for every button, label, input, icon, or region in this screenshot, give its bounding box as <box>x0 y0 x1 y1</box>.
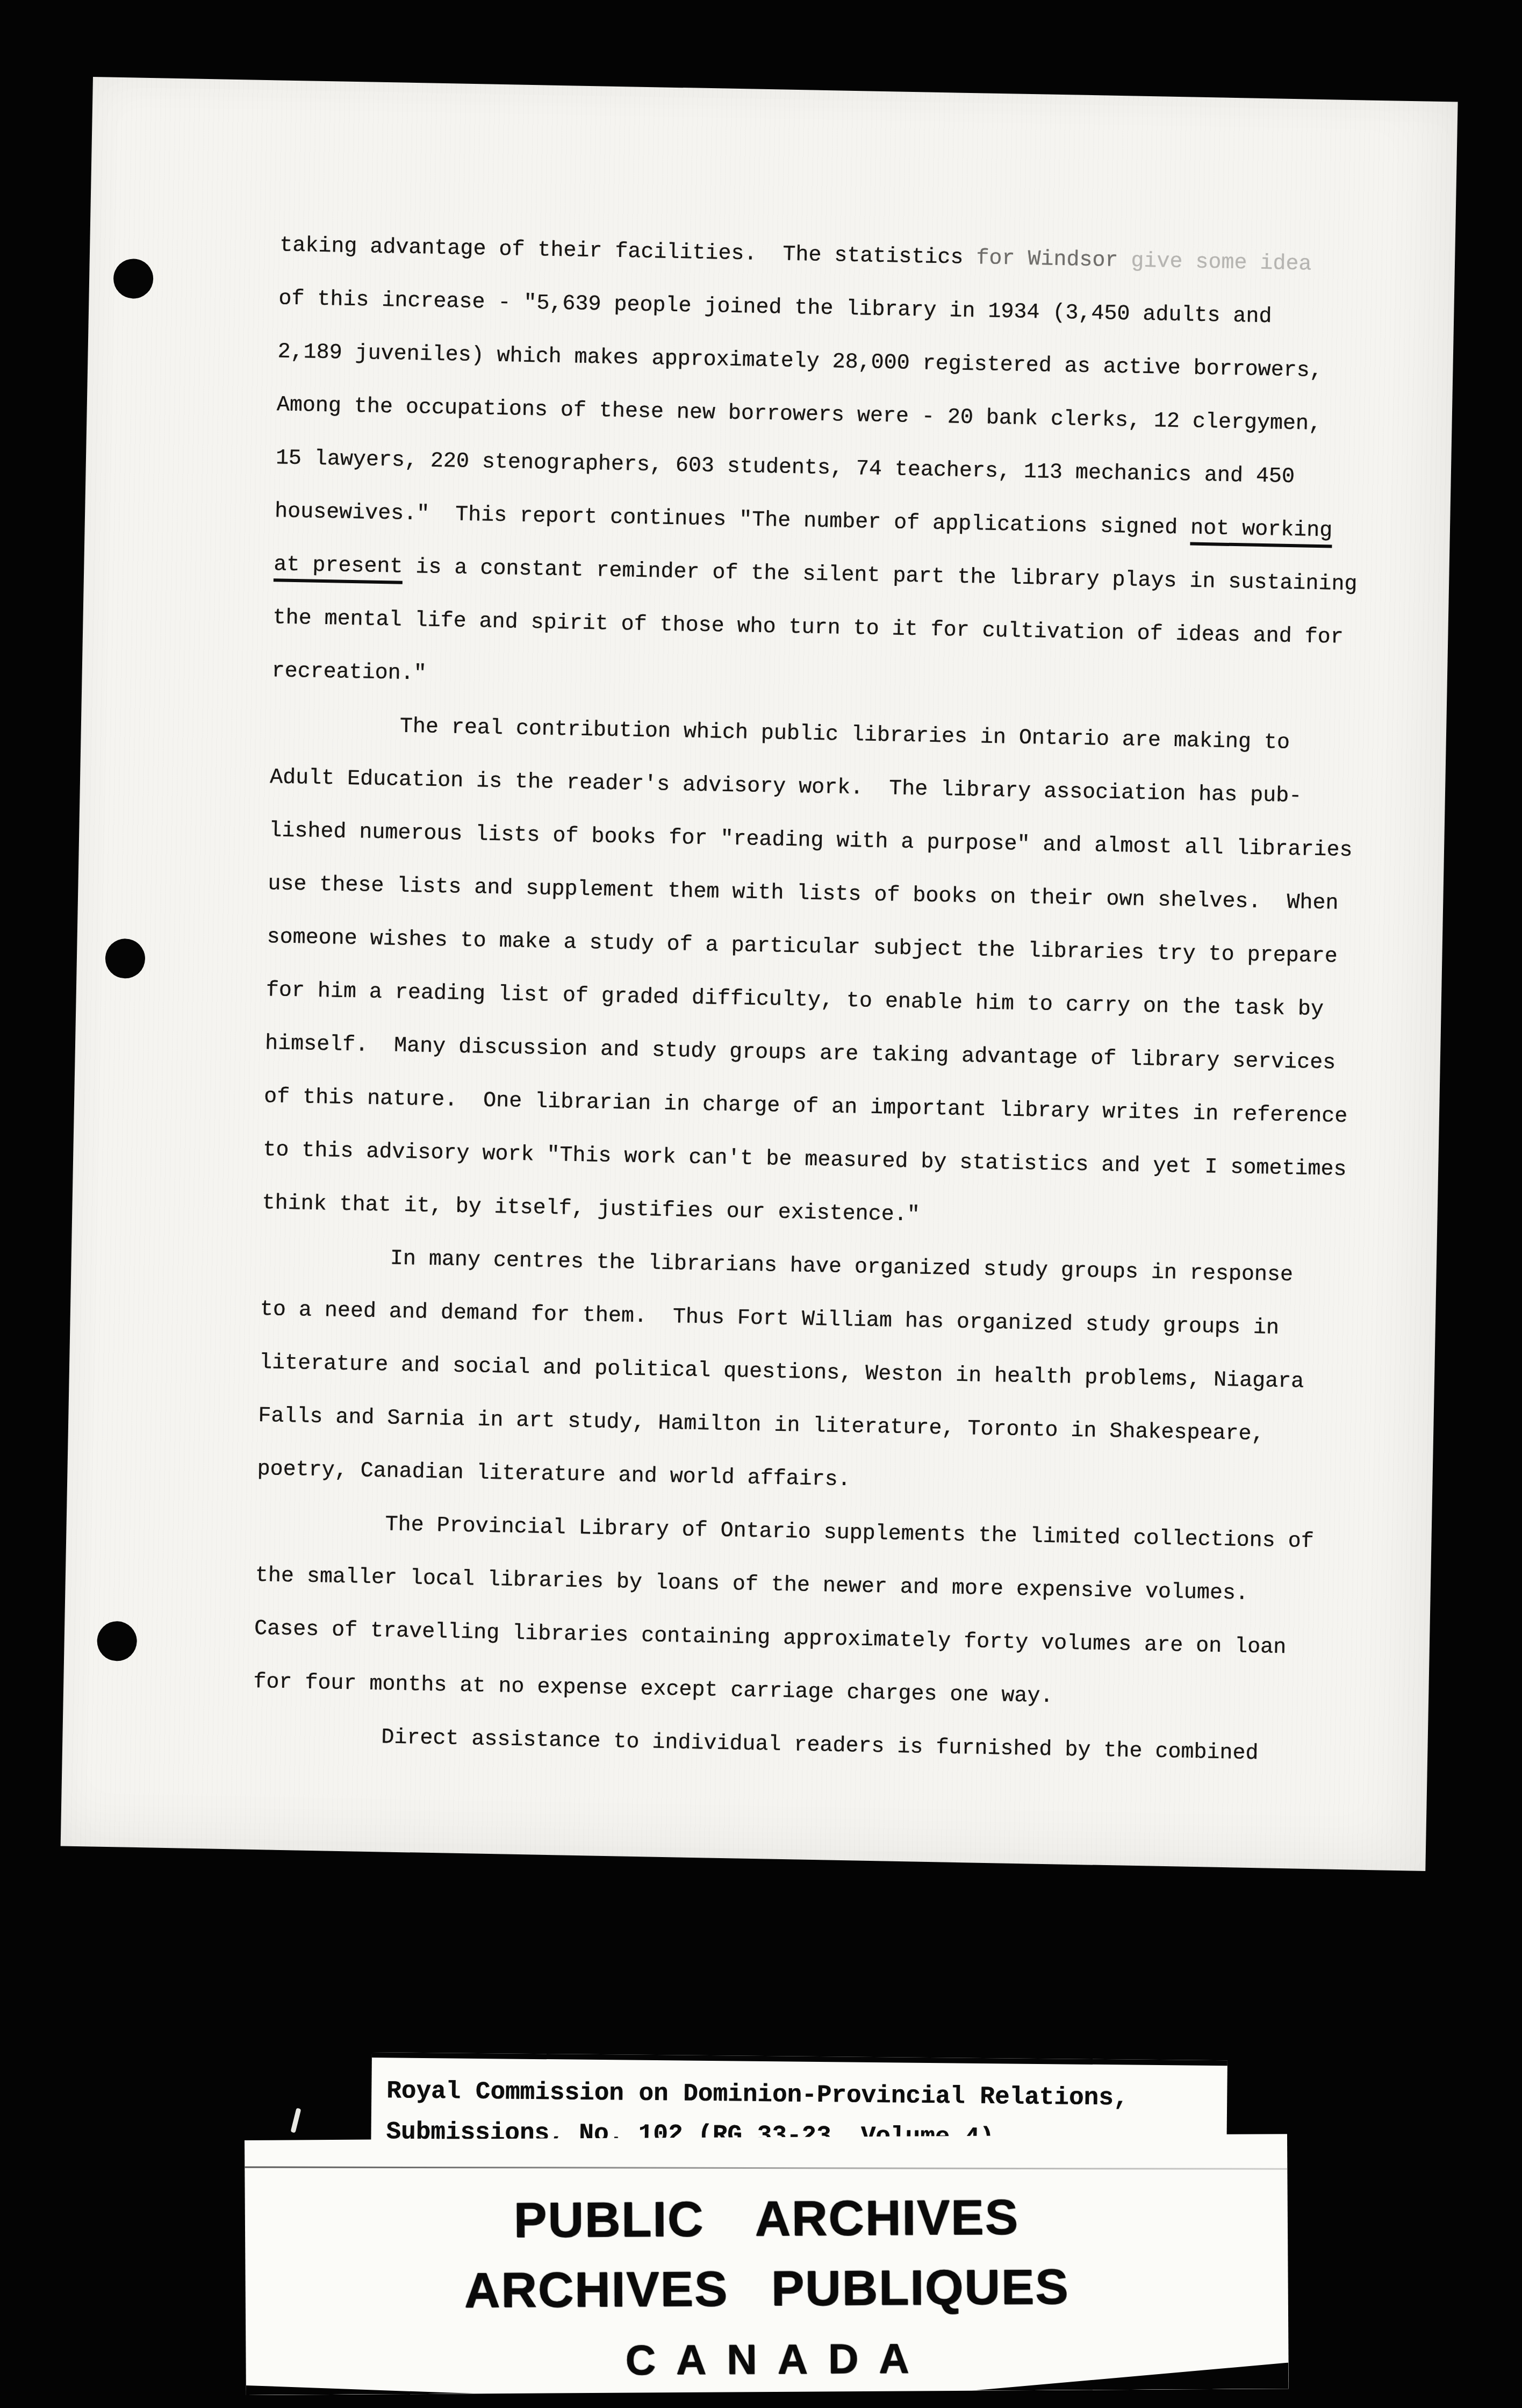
underlined-phrase: at present <box>274 553 403 584</box>
underlined-phrase: not working <box>1190 517 1333 548</box>
scan-background: taking advantage of their facilities. Th… <box>0 0 1522 2408</box>
public-archives-stamp: PUBLIC ARCHIVES ARCHIVES PUBLIQUES CANAD… <box>245 2134 1289 2395</box>
faded-phrase: give some idea <box>1131 249 1312 276</box>
faded-phrase: for Windsor <box>976 246 1118 273</box>
crease-line <box>245 2166 1287 2169</box>
punch-hole-bottom <box>97 1621 137 1661</box>
stamp-line-public-archives: PUBLIC ARCHIVES <box>245 2188 1288 2251</box>
punch-hole-top <box>113 259 153 299</box>
stray-mark <box>291 2108 301 2133</box>
punch-hole-middle <box>105 938 145 979</box>
document-page: taking advantage of their facilities. Th… <box>61 77 1458 1871</box>
stamp-line-archives-publiques: ARCHIVES PUBLIQUES <box>245 2257 1288 2320</box>
typewritten-text-block: taking advantage of their facilities. Th… <box>252 219 1364 1781</box>
